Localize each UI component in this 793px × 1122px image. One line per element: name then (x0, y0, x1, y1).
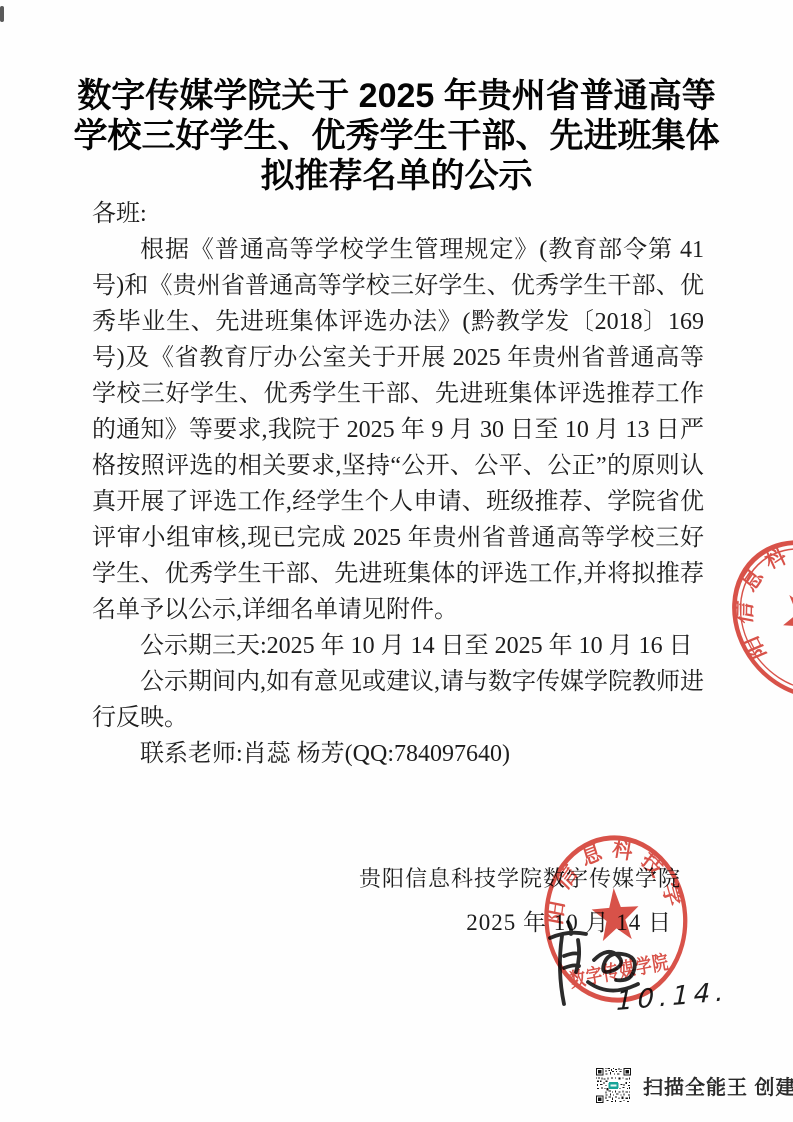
official-seal-partial-icon: 贵阳信息科技学院 数字传媒学院 (694, 503, 793, 741)
seal-star-icon (771, 581, 793, 651)
salutation: 各班: (92, 196, 704, 232)
title-line-2: 学校三好学生、优秀学生干部、先进班集体 (0, 116, 793, 156)
camscanner-watermark: 扫描全能王 创建 (596, 1068, 793, 1103)
paragraph-contact: 联系老师:肖蕊 杨芳(QQ:784097640) (92, 736, 704, 772)
scanned-document-page: 数字传媒学院关于 2025 年贵州省普通高等 学校三好学生、优秀学生干部、先进班… (0, 0, 793, 1122)
scan-artifact (0, 6, 4, 22)
title-line-1: 数字传媒学院关于 2025 年贵州省普通高等 (0, 76, 793, 116)
watermark-text: 扫描全能王 创建 (643, 1071, 793, 1100)
document-body: 各班: 根据《普通高等学校学生管理规定》(教育部令第 41 号)和《贵州省普通高… (92, 196, 704, 772)
document-title: 数字传媒学院关于 2025 年贵州省普通高等 学校三好学生、优秀学生干部、先进班… (0, 76, 793, 196)
qr-code-icon (596, 1068, 631, 1103)
title-line-3: 拟推荐名单的公示 (0, 156, 793, 196)
paragraph-main: 根据《普通高等学校学生管理规定》(教育部令第 41 号)和《贵州省普通高等学校三… (92, 232, 704, 628)
paragraph-feedback: 公示期间内,如有意见或建议,请与数字传媒学院教师进行反映。 (92, 664, 704, 736)
paragraph-period: 公示期三天:2025 年 10 月 14 日至 2025 年 10 月 16 日 (92, 628, 704, 664)
